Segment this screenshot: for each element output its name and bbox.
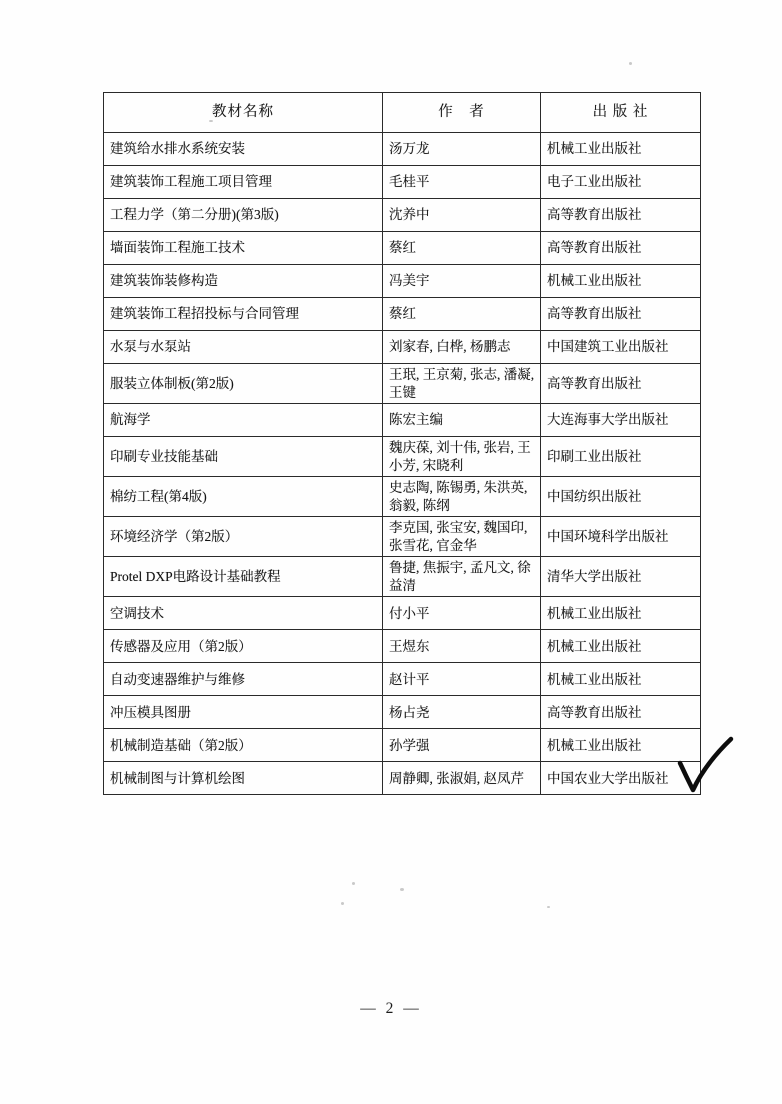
- cell-authors: 孙学强: [383, 729, 541, 762]
- cell-publisher: 机械工业出版社: [541, 133, 701, 166]
- cell-publisher: 印刷工业出版社: [541, 437, 701, 477]
- cell-textbook-name: 冲压模具图册: [104, 696, 383, 729]
- cell-publisher: 机械工业出版社: [541, 630, 701, 663]
- cell-authors: 李克国, 张宝安, 魏国印, 张雪花, 官金华: [383, 517, 541, 557]
- cell-publisher: 中国纺织出版社: [541, 477, 701, 517]
- cell-textbook-name: 建筑装饰工程施工项目管理: [104, 166, 383, 199]
- table-row: 建筑给水排水系统安装汤万龙机械工业出版社: [104, 133, 701, 166]
- cell-publisher: 电子工业出版社: [541, 166, 701, 199]
- table-row: 服装立体制板(第2版)王珉, 王京菊, 张志, 潘凝, 王键高等教育出版社: [104, 364, 701, 404]
- table-row: 水泵与水泵站刘家春, 白桦, 杨鹏志中国建筑工业出版社: [104, 331, 701, 364]
- cell-authors: 陈宏主编: [383, 404, 541, 437]
- cell-textbook-name: 印刷专业技能基础: [104, 437, 383, 477]
- scan-noise-speck: [629, 62, 632, 65]
- cell-publisher: 高等教育出版社: [541, 232, 701, 265]
- cell-textbook-name: 机械制图与计算机绘图: [104, 762, 383, 795]
- cell-publisher: 机械工业出版社: [541, 265, 701, 298]
- table-row: 冲压模具图册杨占尧高等教育出版社: [104, 696, 701, 729]
- cell-authors: 魏庆葆, 刘十伟, 张岩, 王小芳, 宋晓利: [383, 437, 541, 477]
- textbook-table: 教材名称 作 者 出 版 社 建筑给水排水系统安装汤万龙机械工业出版社建筑装饰工…: [103, 92, 701, 795]
- table-row: 空调技术付小平机械工业出版社: [104, 597, 701, 630]
- table-row: 印刷专业技能基础魏庆葆, 刘十伟, 张岩, 王小芳, 宋晓利印刷工业出版社: [104, 437, 701, 477]
- cell-publisher: 高等教育出版社: [541, 199, 701, 232]
- cell-publisher: 中国建筑工业出版社: [541, 331, 701, 364]
- table-row: 建筑装饰工程施工项目管理毛桂平电子工业出版社: [104, 166, 701, 199]
- cell-textbook-name: 航海学: [104, 404, 383, 437]
- scanned-document-page: 教材名称 作 者 出 版 社 建筑给水排水系统安装汤万龙机械工业出版社建筑装饰工…: [0, 0, 782, 1104]
- table-row: 航海学陈宏主编大连海事大学出版社: [104, 404, 701, 437]
- cell-publisher: 机械工业出版社: [541, 597, 701, 630]
- cell-authors: 沈养中: [383, 199, 541, 232]
- cell-authors: 史志陶, 陈锡勇, 朱洪英, 翁毅, 陈纲: [383, 477, 541, 517]
- cell-textbook-name: 服装立体制板(第2版): [104, 364, 383, 404]
- cell-textbook-name: 自动变速器维护与维修: [104, 663, 383, 696]
- cell-authors: 冯美宇: [383, 265, 541, 298]
- cell-authors: 蔡红: [383, 298, 541, 331]
- cell-textbook-name: 水泵与水泵站: [104, 331, 383, 364]
- table-row: 建筑装饰装修构造冯美宇机械工业出版社: [104, 265, 701, 298]
- header-textbook-name: 教材名称: [104, 93, 383, 133]
- cell-authors: 汤万龙: [383, 133, 541, 166]
- scan-noise-speck: [547, 906, 550, 908]
- table-row: 自动变速器维护与维修赵计平机械工业出版社: [104, 663, 701, 696]
- cell-authors: 鲁捷, 焦振宇, 孟凡文, 徐益清: [383, 557, 541, 597]
- header-author: 作 者: [383, 93, 541, 133]
- cell-textbook-name: 工程力学（第二分册)(第3版): [104, 199, 383, 232]
- table-row: 建筑装饰工程招投标与合同管理蔡红高等教育出版社: [104, 298, 701, 331]
- cell-textbook-name: 棉纺工程(第4版): [104, 477, 383, 517]
- table-row: Protel DXP电路设计基础教程鲁捷, 焦振宇, 孟凡文, 徐益清清华大学出…: [104, 557, 701, 597]
- cell-textbook-name: 墙面装饰工程施工技术: [104, 232, 383, 265]
- cell-authors: 赵计平: [383, 663, 541, 696]
- cell-authors: 王珉, 王京菊, 张志, 潘凝, 王键: [383, 364, 541, 404]
- cell-publisher: 中国环境科学出版社: [541, 517, 701, 557]
- scan-noise-speck: [352, 882, 355, 885]
- cell-authors: 杨占尧: [383, 696, 541, 729]
- cell-publisher: 高等教育出版社: [541, 696, 701, 729]
- cell-publisher: 机械工业出版社: [541, 729, 701, 762]
- cell-publisher: 清华大学出版社: [541, 557, 701, 597]
- cell-authors: 王煜东: [383, 630, 541, 663]
- cell-textbook-name: 建筑装饰工程招投标与合同管理: [104, 298, 383, 331]
- header-publisher: 出 版 社: [541, 93, 701, 133]
- cell-textbook-name: 建筑给水排水系统安装: [104, 133, 383, 166]
- table-header-row: 教材名称 作 者 出 版 社: [104, 93, 701, 133]
- table-row: 墙面装饰工程施工技术蔡红高等教育出版社: [104, 232, 701, 265]
- cell-publisher: 机械工业出版社: [541, 663, 701, 696]
- textbook-table-body: 建筑给水排水系统安装汤万龙机械工业出版社建筑装饰工程施工项目管理毛桂平电子工业出…: [104, 133, 701, 795]
- cell-textbook-name: 机械制造基础（第2版）: [104, 729, 383, 762]
- cell-textbook-name: Protel DXP电路设计基础教程: [104, 557, 383, 597]
- table-row: 环境经济学（第2版）李克国, 张宝安, 魏国印, 张雪花, 官金华中国环境科学出…: [104, 517, 701, 557]
- cell-publisher: 大连海事大学出版社: [541, 404, 701, 437]
- scan-noise-speck: [341, 902, 344, 905]
- cell-authors: 刘家春, 白桦, 杨鹏志: [383, 331, 541, 364]
- cell-textbook-name: 环境经济学（第2版）: [104, 517, 383, 557]
- cell-textbook-name: 建筑装饰装修构造: [104, 265, 383, 298]
- cell-authors: 周静卿, 张淑娟, 赵凤芹: [383, 762, 541, 795]
- table-row: 工程力学（第二分册)(第3版)沈养中高等教育出版社: [104, 199, 701, 232]
- cell-textbook-name: 传感器及应用（第2版）: [104, 630, 383, 663]
- cell-publisher: 高等教育出版社: [541, 364, 701, 404]
- cell-authors: 毛桂平: [383, 166, 541, 199]
- scan-noise-speck: [209, 120, 213, 122]
- table-row: 机械制造基础（第2版）孙学强机械工业出版社: [104, 729, 701, 762]
- table-row: 机械制图与计算机绘图周静卿, 张淑娟, 赵凤芹中国农业大学出版社: [104, 762, 701, 795]
- page-number: — 2 —: [0, 1000, 782, 1018]
- scan-noise-speck: [400, 888, 404, 891]
- table-row: 传感器及应用（第2版）王煜东机械工业出版社: [104, 630, 701, 663]
- cell-textbook-name: 空调技术: [104, 597, 383, 630]
- table-row: 棉纺工程(第4版)史志陶, 陈锡勇, 朱洪英, 翁毅, 陈纲中国纺织出版社: [104, 477, 701, 517]
- cell-authors: 蔡红: [383, 232, 541, 265]
- cell-publisher: 高等教育出版社: [541, 298, 701, 331]
- cell-authors: 付小平: [383, 597, 541, 630]
- cell-publisher: 中国农业大学出版社: [541, 762, 701, 795]
